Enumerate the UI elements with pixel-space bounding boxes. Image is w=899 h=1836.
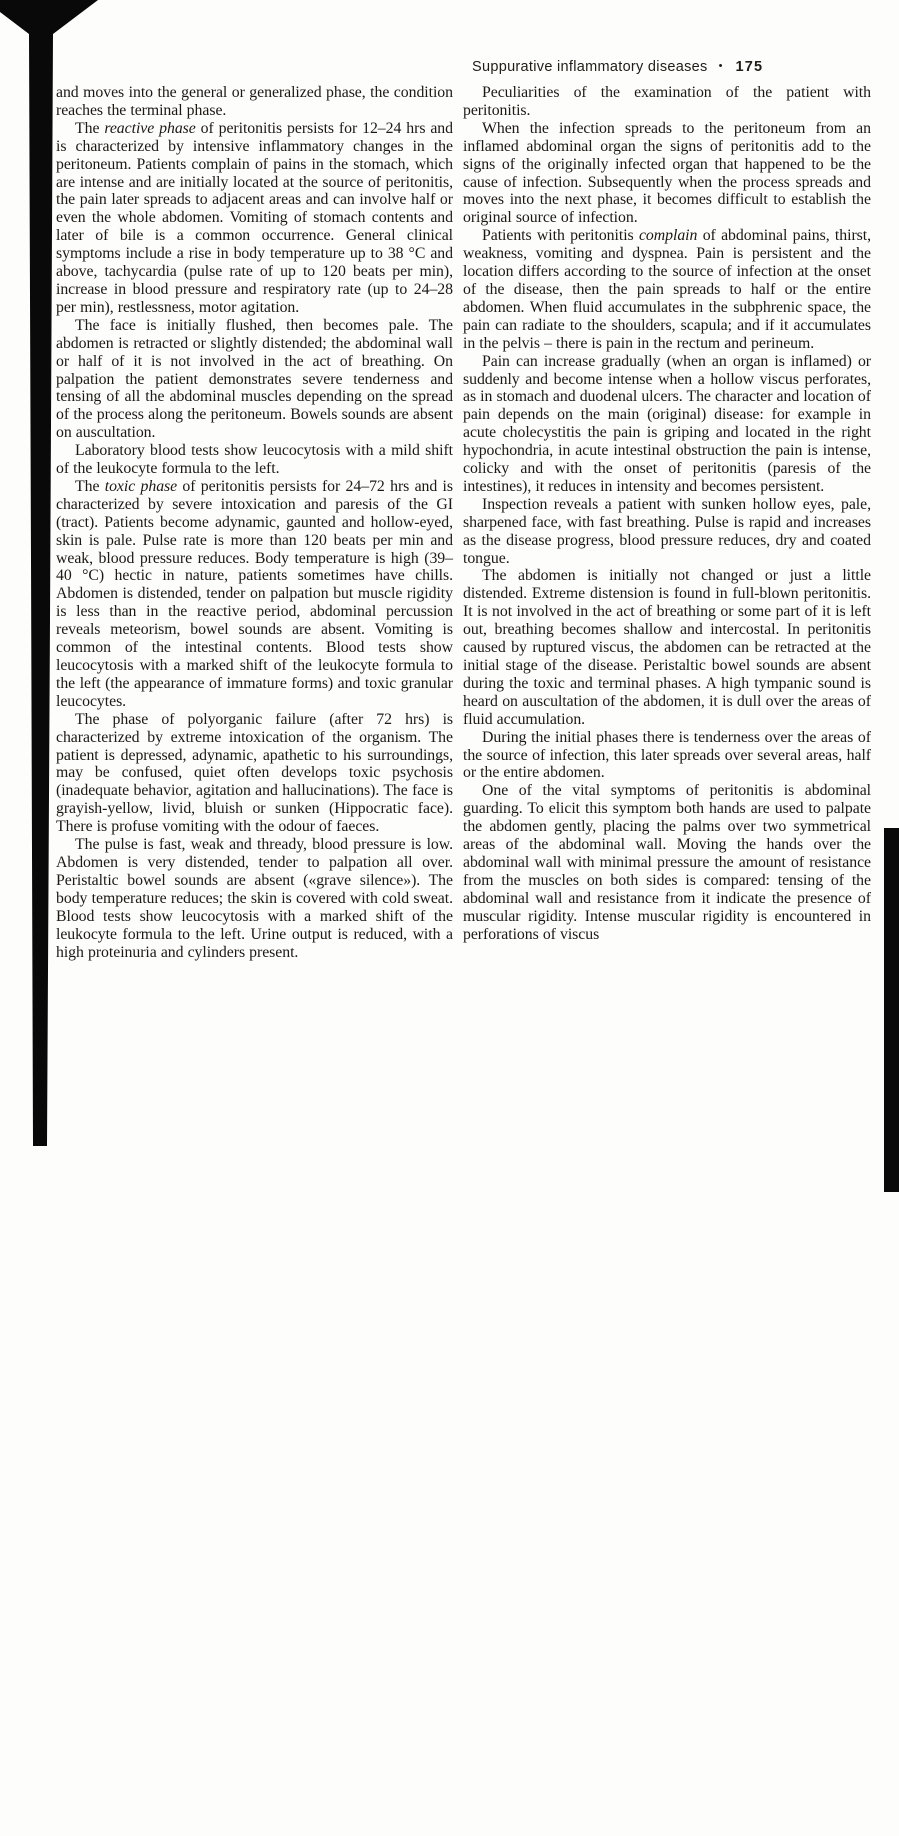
- scan-edge-artifact: [884, 828, 899, 1192]
- paragraph: Pain can increase gradually (when an org…: [463, 353, 871, 496]
- body-text: Peculiarities of the examination of the …: [463, 84, 871, 119]
- body-text: The: [75, 120, 104, 137]
- paragraph: The face is initially flushed, then beco…: [56, 317, 453, 442]
- emphasized-text: complain: [639, 227, 697, 244]
- body-text: The pulse is fast, weak and thready, blo…: [56, 836, 453, 960]
- running-head: Suppurative inflammatory diseases • 175: [472, 59, 763, 75]
- paragraph: One of the vital symptoms of peritonitis…: [463, 782, 871, 943]
- paragraph: When the infection spreads to the perito…: [463, 120, 871, 227]
- running-head-separator-dot: •: [719, 60, 723, 72]
- right-column: Peculiarities of the examination of the …: [463, 84, 871, 944]
- body-text: The phase of polyorganic failure (after …: [56, 711, 453, 835]
- body-text: The: [75, 478, 105, 495]
- paragraph: Inspection reveals a patient with sunken…: [463, 496, 871, 568]
- body-text: The abdomen is initially not changed or …: [463, 567, 871, 727]
- body-text: One of the vital symptoms of peritonitis…: [463, 782, 871, 942]
- paragraph: The abdomen is initially not changed or …: [463, 567, 871, 728]
- paragraph: The pulse is fast, weak and thready, blo…: [56, 836, 453, 961]
- body-text: Laboratory blood tests show leucocytosis…: [56, 442, 453, 477]
- emphasized-text: toxic phase: [105, 478, 177, 495]
- body-text: of peritonitis persists for 12–24 hrs an…: [56, 120, 453, 316]
- paragraph: Patients with peritonitis complain of ab…: [463, 227, 871, 352]
- body-text: and moves into the general or generalize…: [56, 84, 453, 119]
- paragraph: Peculiarities of the examination of the …: [463, 84, 871, 120]
- emphasized-text: reactive phase: [104, 120, 195, 137]
- paragraph: The reactive phase of peritonitis persis…: [56, 120, 453, 317]
- paragraph: and moves into the general or generalize…: [56, 84, 453, 120]
- paragraph: During the initial phases there is tende…: [463, 729, 871, 783]
- body-text: During the initial phases there is tende…: [463, 729, 871, 782]
- body-text: Inspection reveals a patient with sunken…: [463, 496, 871, 567]
- left-column: and moves into the general or generalize…: [56, 84, 453, 961]
- paragraph: The phase of polyorganic failure (after …: [56, 711, 453, 836]
- paragraph: The toxic phase of peritonitis persists …: [56, 478, 453, 711]
- body-text: of peritonitis persists for 24–72 hrs an…: [56, 478, 453, 710]
- running-head-title: Suppurative inflammatory diseases: [472, 59, 708, 75]
- paragraph: Laboratory blood tests show leucocytosis…: [56, 442, 453, 478]
- body-text: The face is initially flushed, then beco…: [56, 317, 453, 441]
- body-text: When the infection spreads to the perito…: [463, 120, 871, 227]
- book-page: Suppurative inflammatory diseases • 175 …: [0, 0, 899, 1836]
- page-number: 175: [735, 59, 763, 75]
- body-text: Patients with peritonitis: [482, 227, 639, 244]
- body-text: Pain can increase gradually (when an org…: [463, 353, 871, 495]
- body-text: of abdominal pains, thirst, weakness, vo…: [463, 227, 871, 351]
